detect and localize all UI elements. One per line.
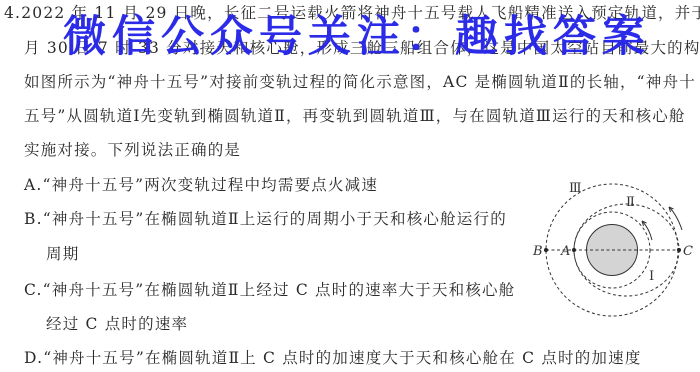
option-text: “神舟十五号”在椭圆轨道Ⅱ上运行的周期小于天和核心舱运行的	[43, 210, 507, 228]
option-b[interactable]: B.“神舟十五号”在椭圆轨道Ⅱ上运行的周期小于天和核心舱运行的	[24, 209, 507, 229]
label-a: A	[560, 244, 570, 259]
option-label: B.	[24, 210, 43, 228]
label-orbit-iii: Ⅲ	[569, 180, 582, 195]
option-label: A.	[24, 176, 43, 194]
question-line-5: 实施对接。下列说法正确的是	[24, 140, 241, 160]
option-d[interactable]: D.“神舟十五号”在椭圆轨道Ⅱ上 C 点时的加速度大于天和核心舱在 C 点时的加…	[24, 348, 642, 368]
option-text: “神舟十五号”在椭圆轨道Ⅱ上 C 点时的加速度大于天和核心舱在 C 点时的加速度	[43, 349, 641, 367]
watermark-overlay: 微信公众号关注：趣找答案	[63, 13, 651, 61]
point-b	[544, 248, 548, 252]
option-c-continued: 经过 C 点时的速率	[46, 314, 188, 334]
orbit-diagram: B A C Ⅲ Ⅱ Ⅰ	[525, 170, 700, 325]
option-label: D.	[24, 349, 43, 367]
arrow-orbit-i	[642, 221, 652, 240]
option-text: “神舟十五号”两次变轨过程中均需要点火减速	[43, 176, 379, 194]
option-b-continued: 周期	[46, 244, 79, 264]
label-c: C	[683, 244, 693, 259]
arrow-orbit-ii	[669, 207, 682, 230]
option-a[interactable]: A.“神舟十五号”两次变轨过程中均需要点火减速	[24, 175, 378, 195]
question-line-3: 如图所示为“神舟十五号”对接前变轨过程的简化示意图，AC 是椭圆轨道Ⅱ的长轴，“…	[24, 72, 696, 92]
question-line-4: 五号”从圆轨道Ⅰ先变轨到椭圆轨道Ⅱ，再变轨到圆轨道Ⅲ，与在圆轨道Ⅲ运行的天和核心…	[24, 106, 686, 126]
option-c[interactable]: C.“神舟十五号”在椭圆轨道Ⅱ上经过 C 点时的速率大于天和核心舱	[24, 280, 515, 300]
label-b: B	[532, 244, 543, 259]
option-label: C.	[24, 281, 43, 299]
label-orbit-i: Ⅰ	[649, 268, 654, 283]
label-orbit-ii: Ⅱ	[626, 194, 635, 209]
option-text: “神舟十五号”在椭圆轨道Ⅱ上经过 C 点时的速率大于天和核心舱	[43, 281, 516, 299]
point-c	[677, 248, 681, 252]
question-number: 4.	[4, 4, 21, 22]
point-a	[572, 248, 576, 252]
